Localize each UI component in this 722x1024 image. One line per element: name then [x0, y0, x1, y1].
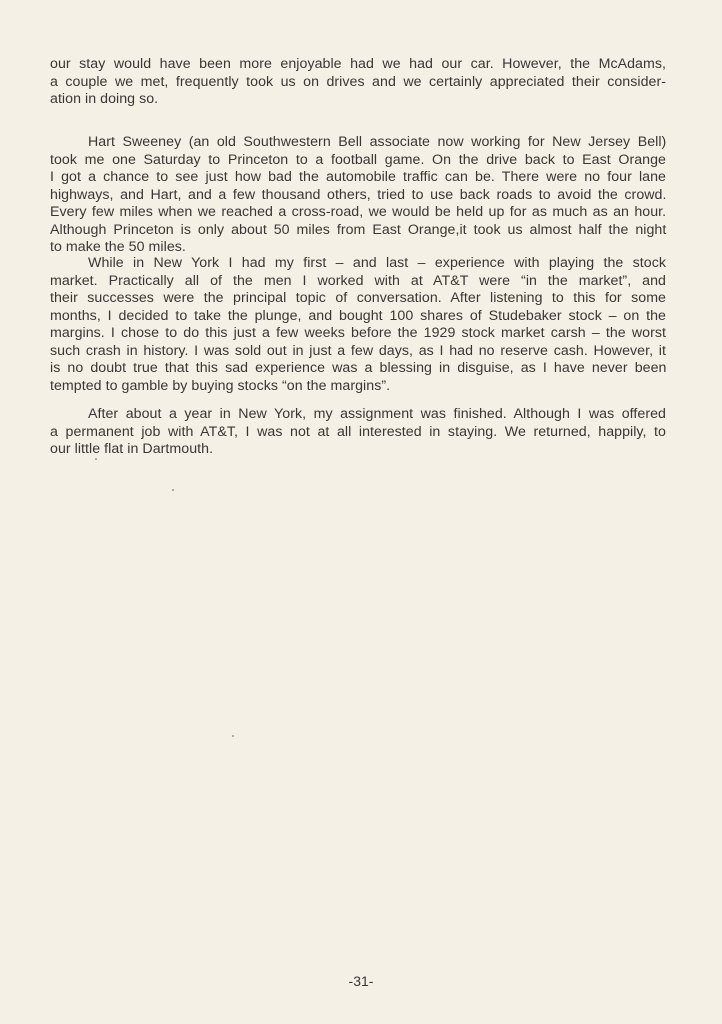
paper-speck: [172, 489, 174, 491]
text-line: After about a year in New York, my assig…: [50, 406, 666, 424]
paper-speck: [232, 735, 234, 737]
text-line: margins. I chose to do this just a few w…: [50, 325, 666, 343]
text-line: I got a chance to see just how bad the a…: [50, 169, 666, 187]
text-line: our little flat in Dartmouth.: [50, 441, 666, 459]
text-line: a permanent job with AT&T, I was not at …: [50, 424, 666, 442]
text-line: to make the 50 miles.: [50, 239, 666, 257]
text-line: Although Princeton is only about 50 mile…: [50, 222, 666, 240]
document-page: our stay would have been more enjoyable …: [0, 0, 722, 1024]
text-line: Hart Sweeney (an old Southwestern Bell a…: [50, 134, 666, 152]
paragraph-1: our stay would have been more enjoyable …: [50, 56, 666, 109]
text-line: ation in doing so.: [50, 91, 666, 109]
text-line: a couple we met, frequently took us on d…: [50, 74, 666, 92]
text-line: their successes were the principal topic…: [50, 290, 666, 308]
text-line: such crash in history. I was sold out in…: [50, 343, 666, 361]
paragraph-2: Hart Sweeney (an old Southwestern Bell a…: [50, 134, 666, 257]
text-line: Every few miles when we reached a cross-…: [50, 204, 666, 222]
text-line: months, I decided to take the plunge, an…: [50, 308, 666, 326]
text-line: took me one Saturday to Princeton to a f…: [50, 152, 666, 170]
paragraph-4: After about a year in New York, my assig…: [50, 406, 666, 459]
text-line: is no doubt true that this sad experienc…: [50, 360, 666, 378]
paragraph-3: While in New York I had my first – and l…: [50, 255, 666, 395]
text-line: tempted to gamble by buying stocks “on t…: [50, 378, 666, 396]
text-line: While in New York I had my first – and l…: [50, 255, 666, 273]
text-line: market. Practically all of the men I wor…: [50, 273, 666, 291]
text-line: our stay would have been more enjoyable …: [50, 56, 666, 74]
text-line: highways, and Hart, and a few thousand o…: [50, 187, 666, 205]
page-number: -31-: [0, 973, 722, 989]
paper-speck: [95, 458, 97, 460]
